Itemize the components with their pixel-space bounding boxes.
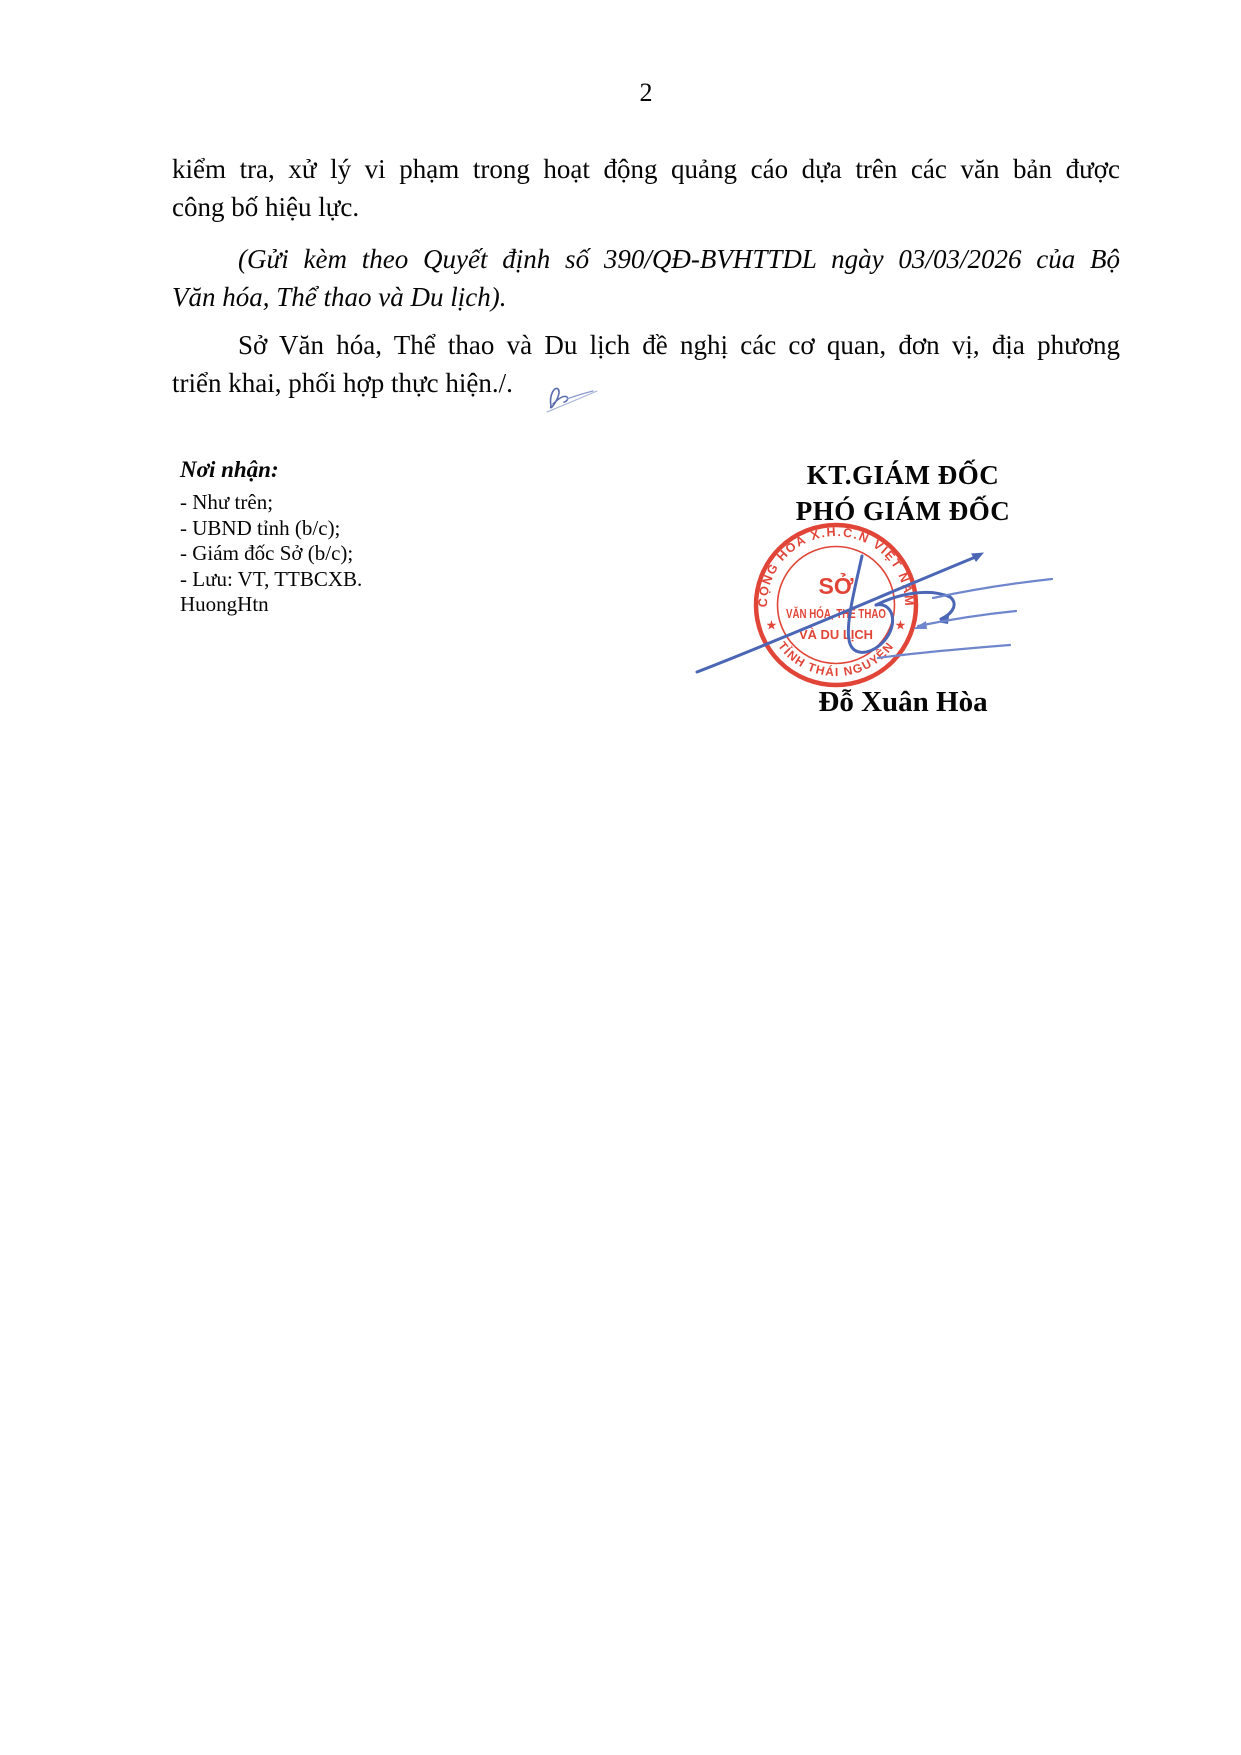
paragraph-request: Sở Văn hóa, Thể thao và Du lịch đề nghị … (172, 326, 1120, 402)
handwritten-initial-paraph (543, 382, 601, 416)
paragraph-line: (Gửi kèm theo Quyết định số 390/QĐ-BVHTT… (172, 240, 1120, 278)
document-page: 2 kiểm tra, xử lý vi phạm trong hoạt độn… (0, 0, 1241, 1755)
recipient-item: - Như trên; (180, 490, 362, 516)
recipients-block: Nơi nhận: - Như trên; - UBND tỉnh (b/c);… (180, 456, 362, 618)
handwritten-signature (560, 460, 1100, 705)
recipients-heading: Nơi nhận: (180, 456, 362, 484)
page-number: 2 (172, 78, 1120, 108)
paragraph-line: Sở Văn hóa, Thể thao và Du lịch đề nghị … (172, 326, 1120, 364)
paragraph-attachment-note: (Gửi kèm theo Quyết định số 390/QĐ-BVHTT… (172, 240, 1120, 316)
paragraph-line: kiểm tra, xử lý vi phạm trong hoạt động … (172, 150, 1120, 188)
paragraph-line: triển khai, phối hợp thực hiện./. (172, 364, 1120, 402)
signer-name: Đỗ Xuân Hòa (738, 684, 1068, 720)
recipient-item: - UBND tỉnh (b/c); (180, 516, 362, 542)
drafter-initials: HuongHtn (180, 592, 362, 618)
recipient-item: - Giám đốc Sở (b/c); (180, 541, 362, 567)
paragraph-line: công bố hiệu lực. (172, 188, 1120, 226)
paragraph-line: Văn hóa, Thể thao và Du lịch). (172, 278, 1120, 316)
paragraph-inspection: kiểm tra, xử lý vi phạm trong hoạt động … (172, 150, 1120, 226)
recipient-item: - Lưu: VT, TTBCXB. (180, 567, 362, 593)
